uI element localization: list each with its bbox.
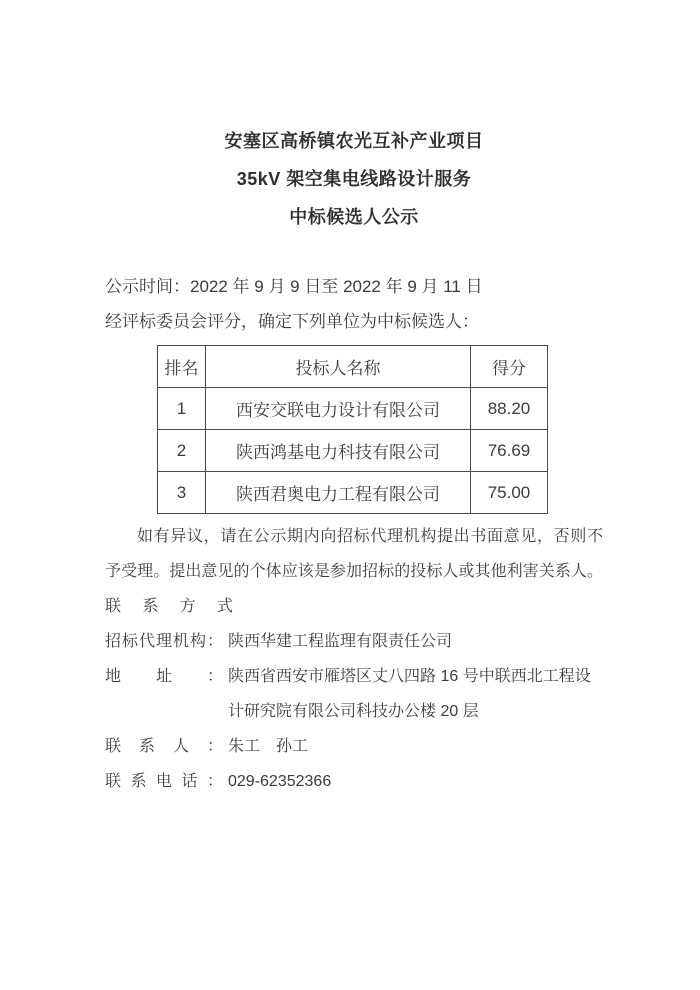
address-value: 陕西省西安市雁塔区丈八四路 16 号中联西北工程设 计研究院有限公司科技办公楼 … <box>223 659 603 729</box>
objection-line-2: 予受理。提出意见的个体应该是参加招标的投标人或其他利害关系人。 <box>105 554 603 589</box>
score-cell: 75.00 <box>471 472 548 514</box>
header-score: 得分 <box>471 346 548 388</box>
document-title-line-2: 35kV 架空集电线路设计服务 <box>105 160 603 198</box>
agency-row: 招标代理机构： 陕西华建工程监理有限责任公司 <box>105 624 603 659</box>
address-row: 地址： 陕西省西安市雁塔区丈八四路 16 号中联西北工程设 计研究院有限公司科技… <box>105 659 603 729</box>
document-content: 安塞区高桥镇农光互补产业项目 35kV 架空集电线路设计服务 中标候选人公示 公… <box>105 0 603 799</box>
document-title-line-3: 中标候选人公示 <box>105 198 603 236</box>
objection-line-1: 如有异议，请在公示期内向招标代理机构提出书面意见，否则不 <box>105 519 603 554</box>
contact-person-value: 朱工 孙工 <box>223 729 603 764</box>
document-page: 安塞区高桥镇农光互补产业项目 35kV 架空集电线路设计服务 中标候选人公示 公… <box>0 0 700 990</box>
contact-section: 联系方式 招标代理机构： 陕西华建工程监理有限责任公司 地址： 陕西省西安市雁塔… <box>105 589 603 799</box>
publicity-time-line: 公示时间：2022 年 9 月 9 日至 2022 年 9 月 11 日 <box>105 269 603 304</box>
bidder-cell: 西安交联电力设计有限公司 <box>206 388 471 430</box>
contact-phone-row: 联系电话： 029-62352366 <box>105 764 603 799</box>
contact-phone-value: 029-62352366 <box>223 764 603 799</box>
rank-cell: 2 <box>158 430 206 472</box>
contact-person-label: 联系人： <box>105 729 223 764</box>
rank-cell: 3 <box>158 472 206 514</box>
contact-person-row: 联系人： 朱工 孙工 <box>105 729 603 764</box>
objection-paragraph: 如有异议，请在公示期内向招标代理机构提出书面意见，否则不 予受理。提出意见的个体… <box>105 519 603 589</box>
score-cell: 88.20 <box>471 388 548 430</box>
table-row: 1 西安交联电力设计有限公司 88.20 <box>158 388 548 430</box>
table-row: 3 陕西君奥电力工程有限公司 75.00 <box>158 472 548 514</box>
evaluation-note-line: 经评标委员会评分，确定下列单位为中标候选人： <box>105 304 603 339</box>
header-bidder-name: 投标人名称 <box>206 346 471 388</box>
address-value-line-2: 计研究院有限公司科技办公楼 20 层 <box>228 694 603 729</box>
intro-block: 公示时间：2022 年 9 月 9 日至 2022 年 9 月 11 日 经评标… <box>105 269 603 339</box>
address-value-line-1: 陕西省西安市雁塔区丈八四路 16 号中联西北工程设 <box>228 659 603 694</box>
contact-phone-label: 联系电话： <box>105 764 223 799</box>
contact-section-title-row: 联系方式 <box>105 589 603 624</box>
agency-value: 陕西华建工程监理有限责任公司 <box>223 624 603 659</box>
table-header-row: 排名 投标人名称 得分 <box>158 346 548 388</box>
bid-results-table: 排名 投标人名称 得分 1 西安交联电力设计有限公司 88.20 2 陕西鸿基电… <box>157 345 548 514</box>
table-row: 2 陕西鸿基电力科技有限公司 76.69 <box>158 430 548 472</box>
document-title-line-1: 安塞区高桥镇农光互补产业项目 <box>105 122 603 160</box>
address-label: 地址： <box>105 659 223 694</box>
document-title-block: 安塞区高桥镇农光互补产业项目 35kV 架空集电线路设计服务 中标候选人公示 <box>105 122 603 236</box>
header-rank: 排名 <box>158 346 206 388</box>
bidder-cell: 陕西鸿基电力科技有限公司 <box>206 430 471 472</box>
contact-section-title: 联系方式 <box>105 589 233 624</box>
bidder-cell: 陕西君奥电力工程有限公司 <box>206 472 471 514</box>
rank-cell: 1 <box>158 388 206 430</box>
score-cell: 76.69 <box>471 430 548 472</box>
agency-label: 招标代理机构： <box>105 624 223 659</box>
